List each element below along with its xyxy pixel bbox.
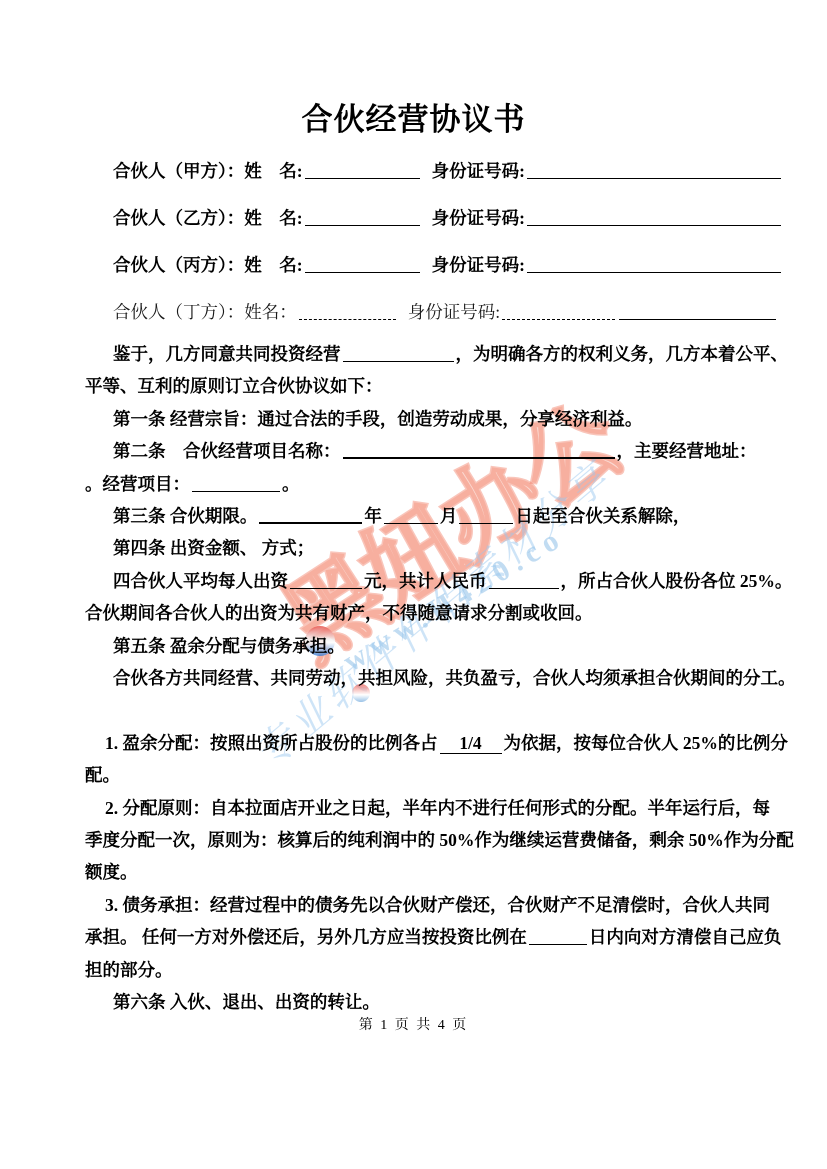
text-line: 2. 分配原则：自本拉面店开业之日起，半年内不进行任何形式的分配。半年运行后，每: [85, 792, 745, 824]
text-line: 鉴于，几方同意共同投资经营，为明确各方的权利义务，几方本着公平、: [85, 338, 745, 370]
blank-line: [85, 694, 745, 726]
fill-in-blank[interactable]: [619, 304, 776, 320]
fill-in-blank[interactable]: [192, 476, 280, 492]
id-number-label: 身份证号码:: [432, 242, 525, 289]
text-run: 第一条 经营宗旨：通过合法的手段，创造劳动成果，分享经济利益。: [113, 409, 642, 429]
party-row: 合伙人（乙方）：姓 名:身份证号码:: [113, 195, 753, 242]
text-line: 合伙各方共同经营、共同劳动，共担风险，共负盈亏，合伙人均须承担合伙期间的分工。: [85, 662, 745, 694]
fill-in-blank[interactable]: [259, 507, 362, 524]
text-run: 承担。 任何一方对外偿还后，另外几方应当按投资比例在: [85, 927, 527, 947]
text-run: 平等、互利的原则订立合伙协议如下：: [85, 376, 383, 396]
fill-in-blank[interactable]: [489, 573, 559, 589]
text-run: 1. 盈余分配：按照出资所占股份的比例各占: [105, 733, 438, 753]
party-label: 合伙人（丁方）：姓名：: [113, 289, 297, 336]
fill-in-blank[interactable]: [305, 210, 420, 226]
fill-in-blank[interactable]: [459, 508, 513, 524]
text-line: 额度。: [85, 856, 745, 888]
text-line: 承担。 任何一方对外偿还后，另外几方应当按投资比例在日内向对方清偿自己应负: [85, 921, 745, 953]
document-title: 合伙经营协议书: [0, 94, 827, 139]
fill-in-blank[interactable]: [527, 210, 781, 226]
fill-in-blank[interactable]: [343, 442, 615, 459]
id-number-label: 身份证号码:: [408, 289, 500, 336]
text-run: 第五条 盈余分配与债务承担。: [113, 636, 345, 656]
text-line: 担的部分。: [85, 954, 745, 986]
text-run: 第四条 出资金额、 方式；: [113, 538, 314, 558]
text-run: 3. 债务承担：经营过程中的债务先以合伙财产偿还，合伙财产不足清偿时，合伙人共同: [105, 895, 770, 915]
text-run: 日起至合伙关系解除，: [515, 506, 690, 526]
fill-in-blank[interactable]: [529, 929, 587, 945]
text-line: 1. 盈余分配：按照出资所占股份的比例各占1/4为依据，按每位合伙人 25%的比…: [85, 727, 745, 759]
fill-in-blank[interactable]: [527, 257, 781, 273]
text-run: 。经营项目：: [85, 474, 190, 494]
fill-in-blank[interactable]: [343, 346, 454, 362]
fill-in-blank[interactable]: [299, 304, 396, 320]
party-label: 合伙人（甲方）：姓 名:: [113, 148, 303, 195]
id-number-label: 身份证号码:: [432, 195, 525, 242]
text-run: 。: [282, 474, 300, 494]
party-row: 合伙人（甲方）：姓 名:身份证号码:: [113, 148, 753, 195]
text-run: 第二条 合伙经营项目名称：: [113, 441, 341, 461]
text-run: 配。: [85, 765, 120, 785]
text-run: ，为明确各方的权利义务，几方本着公平、: [456, 344, 789, 364]
fill-in-blank[interactable]: [502, 304, 615, 320]
text-run: 元，共计人民币: [364, 571, 487, 591]
text-line: 第四条 出资金额、 方式；: [85, 532, 745, 564]
text-run: ，主要经营地址：: [617, 441, 757, 461]
party-label: 合伙人（丙方）：姓 名:: [113, 242, 303, 289]
text-run: 月: [440, 506, 458, 526]
fill-in-blank[interactable]: [527, 163, 781, 179]
text-run: 鉴于，几方同意共同投资经营: [113, 344, 341, 364]
text-run: 四合伙人平均每人出资: [113, 571, 288, 591]
text-run: 日内向对方清偿自己应负: [589, 927, 782, 947]
text-run: 合伙期间各合伙人的出资为共有财产，不得随意请求分割或收回。: [85, 603, 593, 623]
text-line: 第一条 经营宗旨：通过合法的手段，创造劳动成果，分享经济利益。: [85, 403, 745, 435]
text-line: 合伙期间各合伙人的出资为共有财产，不得随意请求分割或收回。: [85, 597, 745, 629]
text-run: 额度。: [85, 862, 138, 882]
text-run: 2. 分配原则：自本拉面店开业之日起，半年内不进行任何形式的分配。半年运行后，每: [105, 798, 770, 818]
text-line: 第五条 盈余分配与债务承担。: [85, 630, 745, 662]
text-line: 季度分配一次，原则为：核算后的纯利润中的 50%作为继续运营费储备，剩余 50%…: [85, 824, 745, 856]
party-row: 合伙人（丙方）：姓 名:身份证号码:: [113, 242, 753, 289]
text-line: 第三条 合伙期限。年月日起至合伙关系解除，: [85, 500, 745, 532]
id-number-label: 身份证号码:: [432, 148, 525, 195]
text-run: 第三条 合伙期限。: [113, 506, 257, 526]
text-run: ，所占合伙人股份各位 25%。: [561, 571, 793, 591]
text-run: 为依据，按每位合伙人 25%的比例分: [504, 733, 788, 753]
text-run: 担的部分。: [85, 960, 173, 980]
text-run: 合伙各方共同经营、共同劳动，共担风险，共负盈亏，合伙人均须承担合伙期间的分工。: [113, 668, 796, 688]
party-row: 合伙人（丁方）：姓名：身份证号码:: [113, 289, 753, 336]
fill-in-blank[interactable]: [305, 163, 420, 179]
text-line: 四合伙人平均每人出资元，共计人民币，所占合伙人股份各位 25%。: [85, 565, 745, 597]
page-number: 第 1 页 共 4 页: [0, 1014, 827, 1034]
party-label: 合伙人（乙方）：姓 名:: [113, 195, 303, 242]
parties-section: 合伙人（甲方）：姓 名:身份证号码:合伙人（乙方）：姓 名:身份证号码:合伙人（…: [113, 148, 753, 336]
fill-in-blank[interactable]: [384, 508, 438, 524]
fill-in-blank[interactable]: [305, 257, 420, 273]
document-body: 鉴于，几方同意共同投资经营，为明确各方的权利义务，几方本着公平、平等、互利的原则…: [85, 338, 745, 1019]
fill-in-blank[interactable]: 1/4: [440, 733, 502, 754]
text-run: 季度分配一次，原则为：核算后的纯利润中的 50%作为继续运营费储备，剩余 50%…: [85, 830, 794, 850]
text-line: 。经营项目：。: [85, 468, 745, 500]
text-run: 年: [364, 506, 382, 526]
text-line: 第二条 合伙经营项目名称：，主要经营地址：: [85, 435, 745, 467]
text-line: 配。: [85, 759, 745, 791]
text-line: 平等、互利的原则订立合伙协议如下：: [85, 370, 745, 402]
text-run: 第六条 入伙、退出、出资的转让。: [113, 992, 380, 1012]
fill-in-blank[interactable]: [290, 573, 362, 589]
document-page: 黑妞办公 www.H420.co 专业软件伴侣素材分享 合伙经营协议书 合伙人（…: [0, 0, 827, 1169]
text-line: 3. 债务承担：经营过程中的债务先以合伙财产偿还，合伙财产不足清偿时，合伙人共同: [85, 889, 745, 921]
